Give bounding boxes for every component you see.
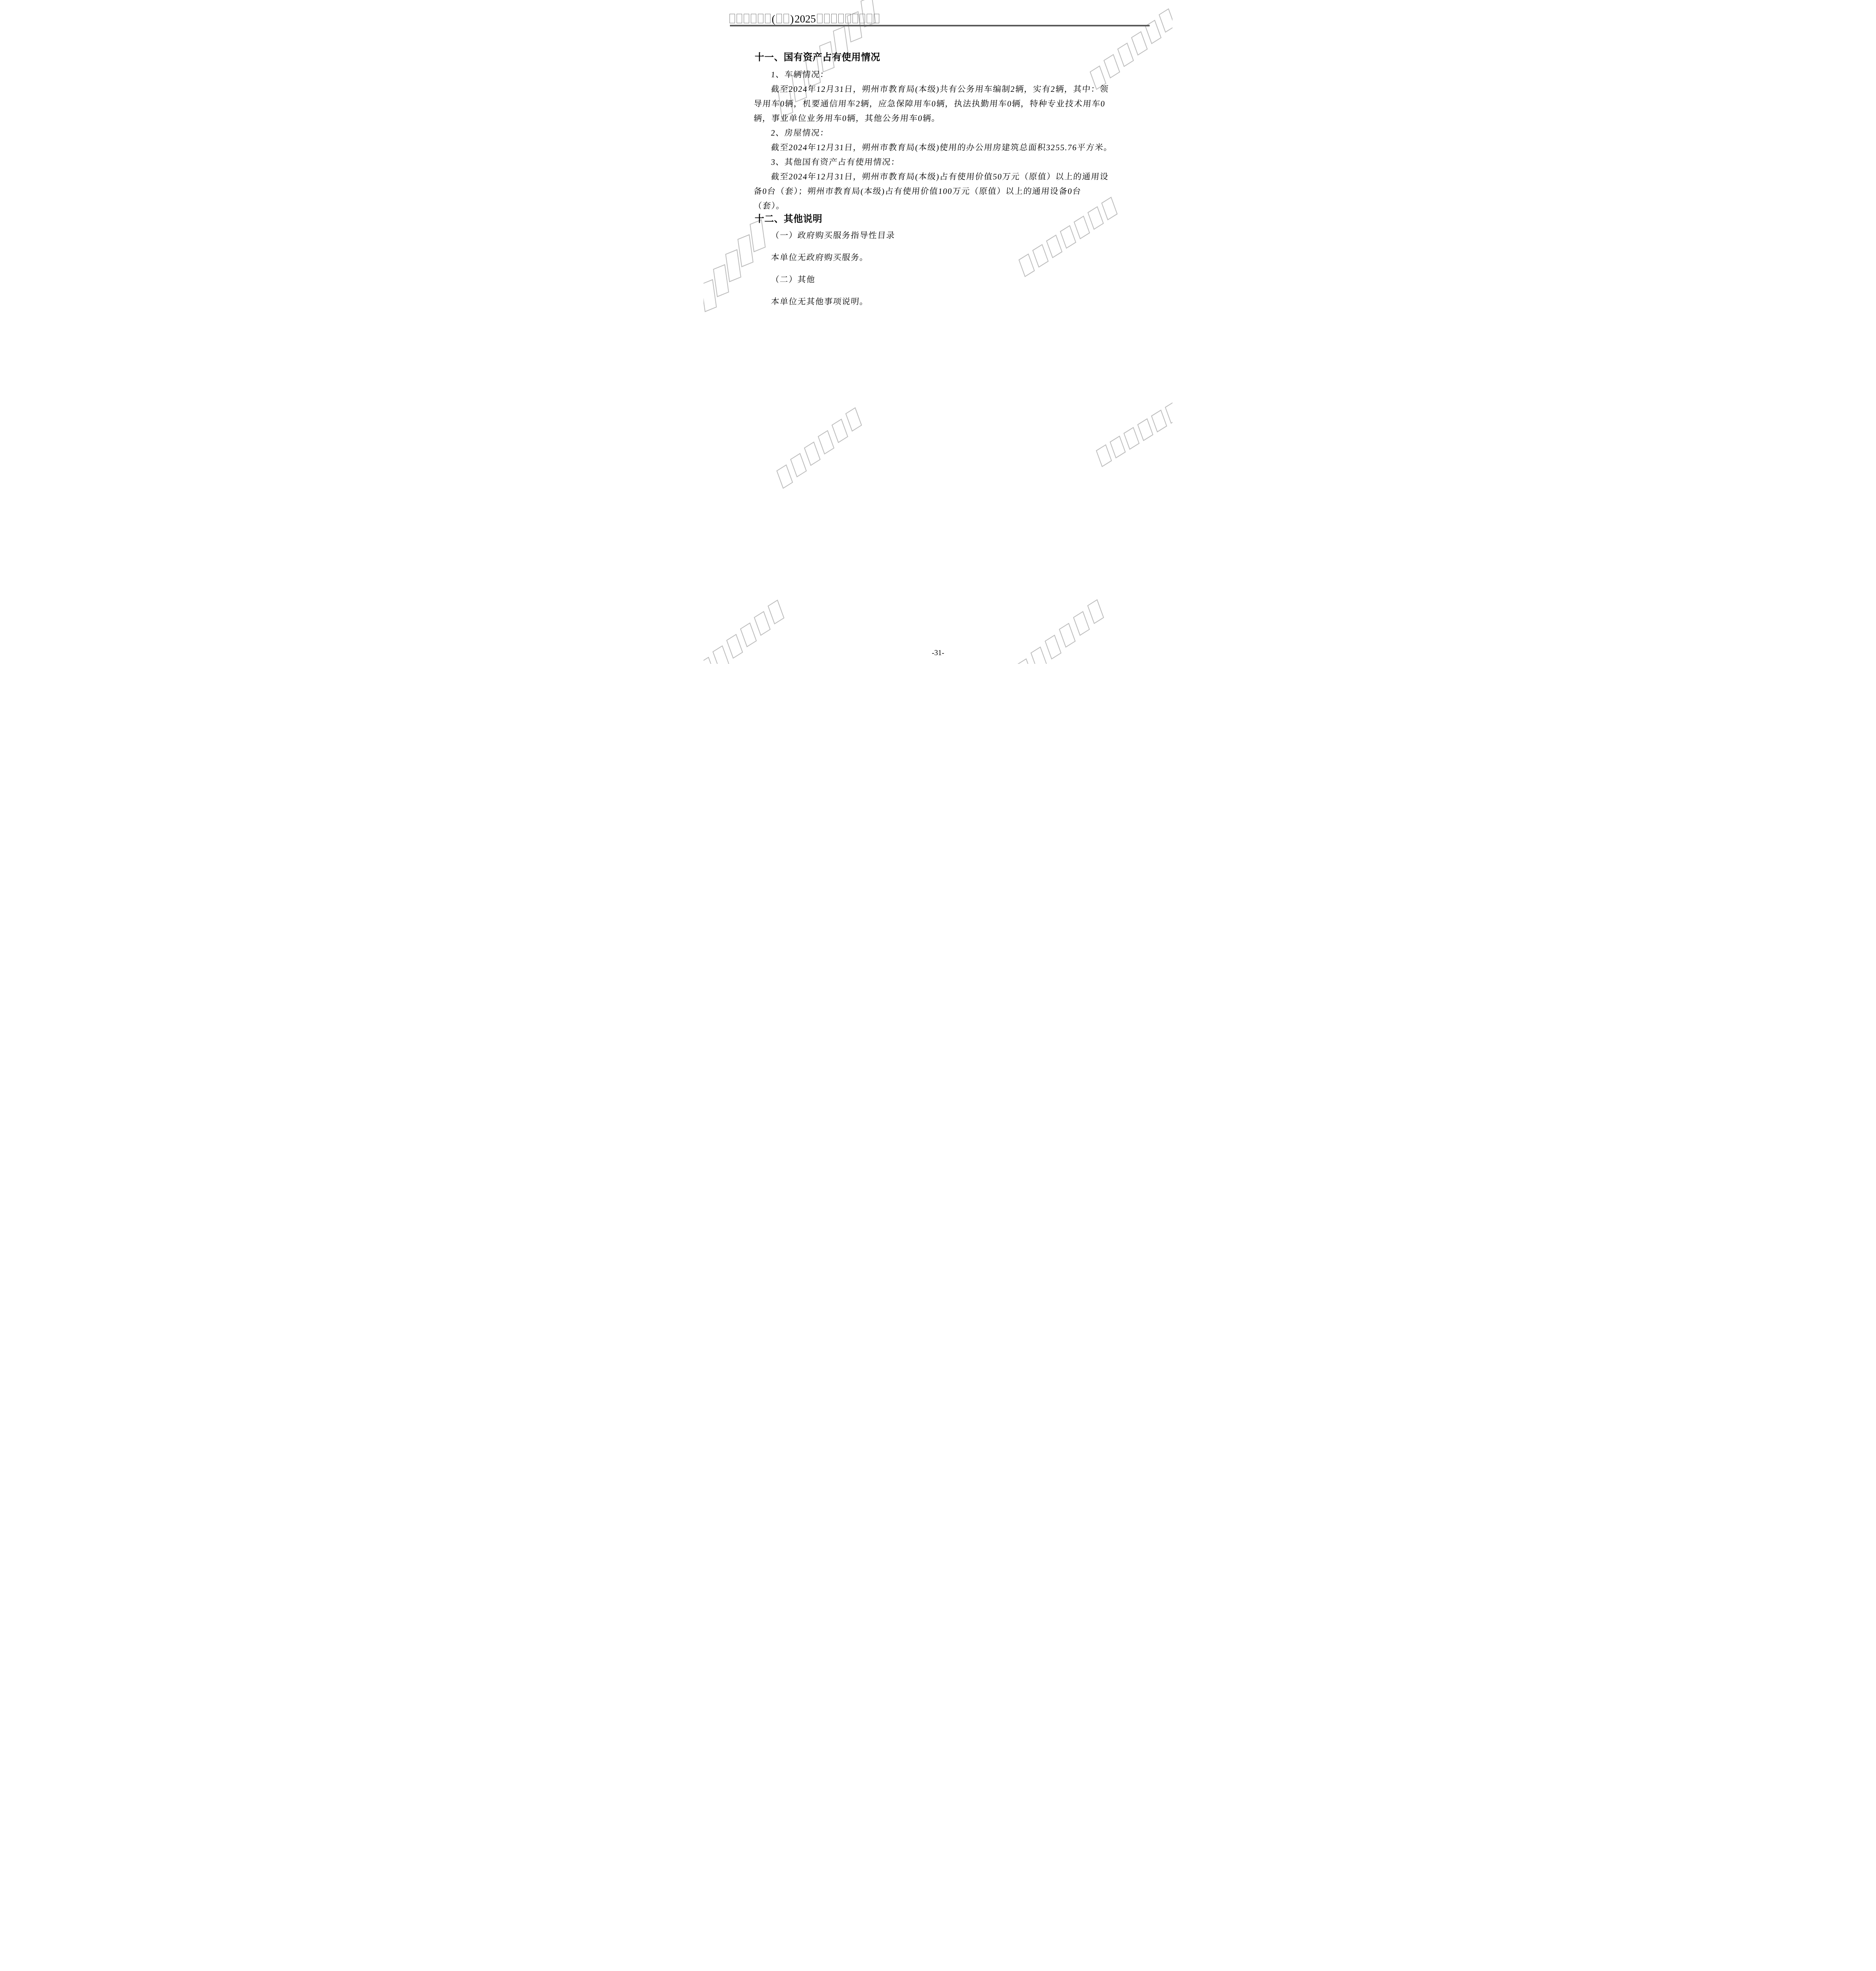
watermark-glyph-box <box>1104 54 1120 78</box>
watermark-glyph-box <box>740 622 757 647</box>
text-line: 导用车0辆，机要通信用车2辆，应急保障用车0辆，执法执勤用车0辆，特种专业技术用… <box>753 99 1106 109</box>
watermark-glyph-box <box>1059 623 1076 648</box>
text-line: 截至2024年12月31日，朔州市教育局(本级)共有公务用车编制2辆，实有2辆，… <box>770 84 1109 94</box>
header-paren-open: ( <box>772 14 775 24</box>
watermark-glyph-box <box>804 442 821 466</box>
text-line: 2、房屋情况： <box>770 128 829 138</box>
missing-glyph-box <box>765 14 770 23</box>
missing-glyph-box <box>867 14 872 23</box>
header-missing-glyph-boxes <box>776 13 790 24</box>
watermark-glyph-box <box>1110 436 1126 458</box>
watermark-glyph-box <box>1101 197 1118 220</box>
page-header: ( ) 2025 <box>729 13 880 25</box>
watermark-glyph-box <box>1046 235 1063 258</box>
missing-glyph-box <box>751 14 756 23</box>
watermark-glyph-box <box>1165 401 1172 424</box>
watermark-glyph-box <box>1060 225 1076 249</box>
missing-glyph-box <box>730 14 735 23</box>
missing-glyph-box <box>776 14 782 23</box>
watermark-glyph-box <box>1087 599 1104 624</box>
watermark-glyph-box <box>725 249 741 282</box>
watermark-glyph-box <box>1074 216 1090 239</box>
watermark-glyph-box <box>1073 611 1090 636</box>
watermark-glyph-box <box>1117 43 1134 67</box>
missing-glyph-box <box>784 14 789 23</box>
header-year: 2025 <box>795 14 816 24</box>
text-line: 本单位无其他事项说明。 <box>770 297 869 307</box>
missing-glyph-box <box>758 14 763 23</box>
watermark-glyph-box <box>1018 253 1035 277</box>
watermark-glyph-box <box>768 600 785 624</box>
watermark-glyph-box <box>1087 206 1104 230</box>
missing-glyph-box <box>831 14 837 23</box>
watermark-glyph-box <box>754 611 771 636</box>
text-line: 本单位无政府购买服务。 <box>770 253 869 263</box>
watermark-glyph-box <box>1016 658 1033 664</box>
missing-glyph-box <box>737 14 742 23</box>
watermark-glyph-box <box>1145 20 1161 44</box>
text-line: 备0台（套）；朔州市教育局(本级)占有使用价值100万元（原值）以上的通用设备0… <box>753 186 1082 196</box>
missing-glyph-box <box>744 14 749 23</box>
text-line: （二）其他 <box>770 275 816 285</box>
header-rule <box>730 25 1150 26</box>
text-line: （一）政府购买服务指导性目录 <box>770 231 895 240</box>
watermark-glyph-box <box>790 453 807 477</box>
header-paren-close: ) <box>790 14 794 24</box>
section-11-title: 十一、国有资产占有使用情况 <box>755 52 880 63</box>
text-line: 截至2024年12月31日，朔州市教育局(本级)占有使用价值50万元（原值）以上… <box>770 172 1109 182</box>
watermark-glyph-box <box>776 464 793 489</box>
missing-glyph-box <box>874 14 879 23</box>
watermark-glyph-box <box>1137 418 1154 441</box>
page-number: -31- <box>703 649 1172 658</box>
watermark-glyph-box <box>703 279 717 312</box>
watermark-glyph-box <box>703 657 715 664</box>
text-line: 3、其他国有资产占有使用情况： <box>770 157 900 167</box>
header-missing-glyph-boxes <box>816 13 880 24</box>
watermark-glyph-box <box>1131 31 1148 56</box>
watermark-glyph-box <box>818 430 834 455</box>
watermark-glyph-box <box>1159 8 1172 33</box>
watermark-glyph-box <box>713 264 729 297</box>
watermark-glyph-box <box>737 234 754 267</box>
text-line: 辆，事业单位业务用车0辆，其他公务用车0辆。 <box>753 114 941 123</box>
missing-glyph-box <box>817 14 823 23</box>
header-missing-glyph-boxes <box>729 13 771 24</box>
text-line: 截至2024年12月31日，朔州市教育局(本级)使用的办公用房建筑总面积3255… <box>770 143 1113 153</box>
text-line: （套）。 <box>753 201 785 211</box>
section-12-title: 十二、其他说明 <box>755 214 823 224</box>
missing-glyph-box <box>824 14 830 23</box>
watermark-glyph-box <box>1032 244 1049 268</box>
watermark-glyph-box <box>1151 410 1167 432</box>
missing-glyph-box <box>852 14 858 23</box>
watermark-glyph-box <box>832 419 848 443</box>
missing-glyph-box <box>838 14 844 23</box>
text-line: 1、车辆情况： <box>770 70 829 80</box>
watermark-glyph-box <box>1124 427 1140 450</box>
missing-glyph-box <box>845 14 851 23</box>
watermark-glyph-box <box>1096 444 1112 467</box>
watermark-glyph-box <box>845 407 862 432</box>
document-page: ( ) 2025 十一、国有资产占有使用情况 1、车辆情况：截至2024年12月… <box>703 0 1172 664</box>
missing-glyph-box <box>860 14 865 23</box>
